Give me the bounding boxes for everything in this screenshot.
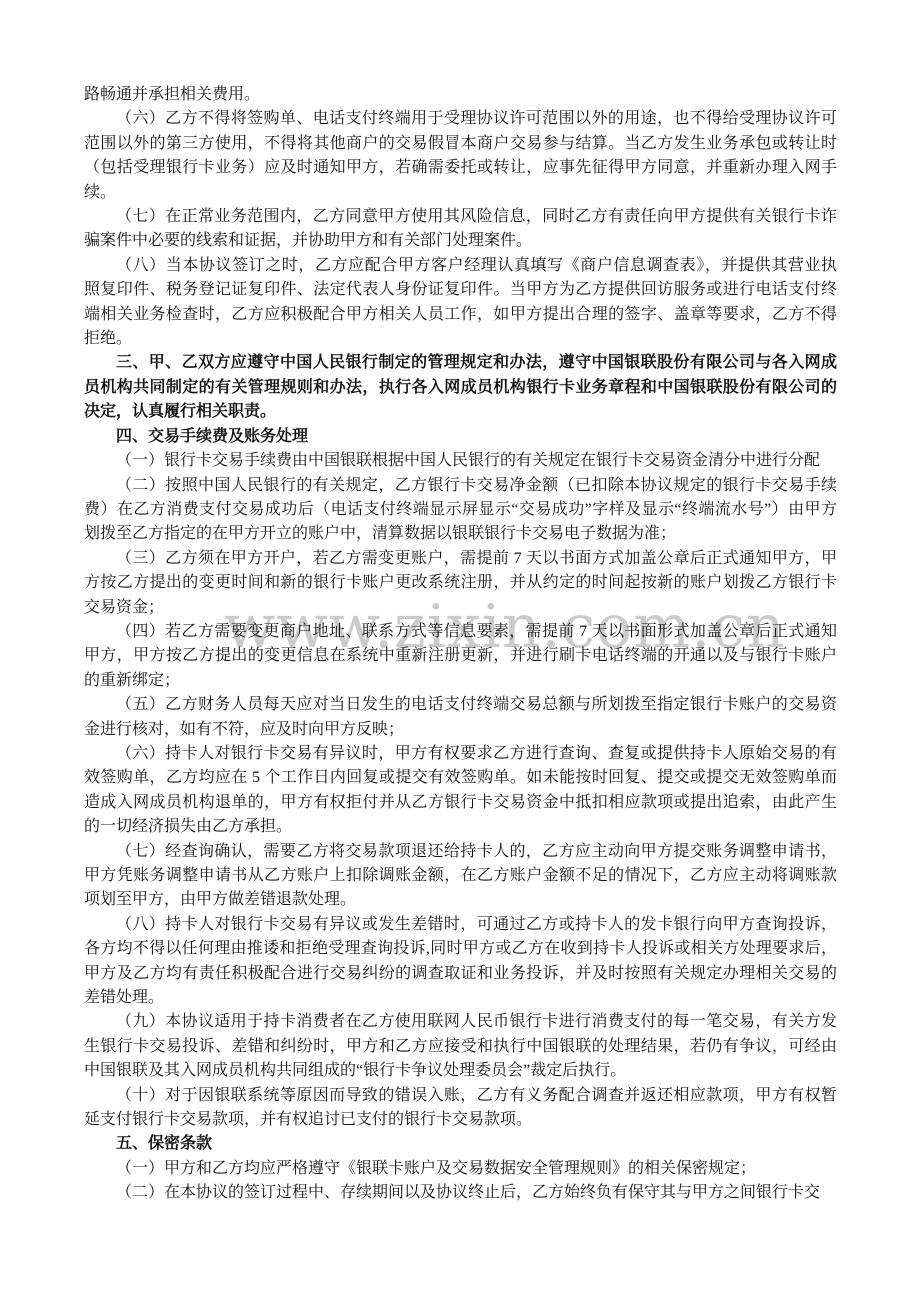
para-clause-4-10: （十）对于因银联系统等原因而导致的错误入账，乙方有义务配合调查并返还相应款项，甲… <box>84 1084 837 1133</box>
para-clause-4-7: （七）经查询确认，需要乙方将交易款项退还给持卡人的，乙方应主动向甲方提交账务调整… <box>84 840 837 913</box>
para-clause-5-1: （一）甲方和乙方均应严格遵守《银联卡账户及交易数据安全管理规则》的相关保密规定； <box>84 1157 837 1181</box>
para-clause-2-6: （六）乙方不得将签购单、电话支付终端用于受理协议许可范围以外的用途，也不得给受理… <box>84 107 837 205</box>
para-clause-4-5: （五）乙方财务人员每天应对当日发生的电话支付终端交易总额与所划拨至指定银行卡账户… <box>84 693 837 742</box>
text-line: （包括受理银行卡业务）应及时通知甲方，若确需委托或转让，应事先征得甲方同意，并重… <box>84 156 837 180</box>
document-page: www.zixin.com.cn 路畅通并承担相关费用。（六）乙方不得将签购单、… <box>0 0 920 1302</box>
text-line: 的一切经济损失由乙方承担。 <box>84 815 837 839</box>
text-line: 员机构共同制定的有关管理规则和办法，执行各入网成员机构银行卡业务章程和中国银联股… <box>84 376 837 400</box>
text-line: 路畅通并承担相关费用。 <box>84 83 837 107</box>
text-line: （六）乙方不得将签购单、电话支付终端用于受理协议许可范围以外的用途，也不得给受理… <box>84 107 837 131</box>
para-clause-4-3: （三）乙方须在甲方开户，若乙方需变更账户，需提前 7 天以书面方式加盖公章后正式… <box>84 547 837 620</box>
text-line: （四）若乙方需要变更商户地址、联系方式等信息要素，需提前 7 天以书面形式加盖公… <box>84 620 837 644</box>
text-line: 费）在乙方消费支付交易成功后（电话支付终端显示屏显示“交易成功”字样及显示“终端… <box>84 498 837 522</box>
text-line: （八）持卡人对银行卡交易有异议或发生差错时，可通过乙方或持卡人的发卡银行向甲方查… <box>84 913 837 937</box>
text-line: （五）乙方财务人员每天应对当日发生的电话支付终端交易总额与所划拨至指定银行卡账户… <box>84 693 837 717</box>
text-line: 续。 <box>84 181 837 205</box>
para-section-4-heading: 四、交易手续费及账务处理 <box>84 425 837 449</box>
para-clause-2-7: （七）在正常业务范围内，乙方同意甲方使用其风险信息，同时乙方有责任向甲方提供有关… <box>84 205 837 254</box>
text-line: 五、保密条款 <box>84 1132 837 1156</box>
text-line: 差错处理。 <box>84 986 837 1010</box>
text-line: （一）银行卡交易手续费由中国银联根据中国人民银行的有关规定在银行卡交易资金清分中… <box>84 449 837 473</box>
text-line: 甲方及乙方均有责任积极配合进行交易纠纷的调查取证和业务投诉，并及时按照有关规定办… <box>84 962 837 986</box>
text-line: （八）当本协议签订之时，乙方应配合甲方客户经理认真填写《商户信息调查表》，并提供… <box>84 254 837 278</box>
text-line: 决定，认真履行相关职责。 <box>84 400 837 424</box>
text-line: 的重新绑定； <box>84 669 837 693</box>
text-line: 中国银联及其入网成员机构共同组成的“银行卡争议处理委员会”裁定后执行。 <box>84 1059 837 1083</box>
text-line: 照复印件、税务登记证复印件、法定代表人身份证复印件。当甲方为乙方提供回访服务或进… <box>84 278 837 302</box>
para-clause-4-4: （四）若乙方需要变更商户地址、联系方式等信息要素，需提前 7 天以书面形式加盖公… <box>84 620 837 693</box>
text-line: （三）乙方须在甲方开户，若乙方需变更账户，需提前 7 天以书面方式加盖公章后正式… <box>84 547 837 571</box>
text-line: 效签购单，乙方均应在 5 个工作日内回复或提交有效签购单。如未能按时回复、提交或… <box>84 766 837 790</box>
para-clause-4-9: （九）本协议适用于持卡消费者在乙方使用联网人民币银行卡进行消费支付的每一笔交易，… <box>84 1010 837 1083</box>
text-line: （七）经查询确认，需要乙方将交易款项退还给持卡人的，乙方应主动向甲方提交账务调整… <box>84 840 837 864</box>
text-line: （十）对于因银联系统等原因而导致的错误入账，乙方有义务配合调查并返还相应款项，甲… <box>84 1084 837 1108</box>
text-line: 划拨至乙方指定的在甲方开立的账户中，清算数据以银联银行卡交易电子数据为准； <box>84 522 837 546</box>
text-line: 三、甲、乙双方应遵守中国人民银行制定的管理规定和办法，遵守中国银联股份有限公司与… <box>84 351 837 375</box>
text-line: （九）本协议适用于持卡消费者在乙方使用联网人民币银行卡进行消费支付的每一笔交易，… <box>84 1010 837 1034</box>
text-line: （二）在本协议的签订过程中、存续期间以及协议终止后，乙方始终负有保守其与甲方之间… <box>84 1181 837 1205</box>
text-line: 范围以外的第三方使用，不得将其他商户的交易假冒本商户交易参与结算。当乙方发生业务… <box>84 132 837 156</box>
text-line: 四、交易手续费及账务处理 <box>84 425 837 449</box>
para-clause-5-2: （二）在本协议的签订过程中、存续期间以及协议终止后，乙方始终负有保守其与甲方之间… <box>84 1181 837 1205</box>
para-section-3: 三、甲、乙双方应遵守中国人民银行制定的管理规定和办法，遵守中国银联股份有限公司与… <box>84 351 837 424</box>
text-line: 项划至甲方，由甲方做差错退款处理。 <box>84 888 837 912</box>
text-line: （七）在正常业务范围内，乙方同意甲方使用其风险信息，同时乙方有责任向甲方提供有关… <box>84 205 837 229</box>
text-line: 拒绝。 <box>84 327 837 351</box>
para-continuation: 路畅通并承担相关费用。 <box>84 83 837 107</box>
text-line: 骗案件中必要的线索和证据，并协助甲方和有关部门处理案件。 <box>84 229 837 253</box>
para-section-5-heading: 五、保密条款 <box>84 1132 837 1156</box>
para-clause-4-6: （六）持卡人对银行卡交易有异议时，甲方有权要求乙方进行查询、查复或提供持卡人原始… <box>84 742 837 840</box>
text-line: 各方均不得以任何理由推诿和拒绝受理查询投诉,同时甲方或乙方在收到持卡人投诉或相关… <box>84 937 837 961</box>
para-clause-4-2: （二）按照中国人民银行的有关规定，乙方银行卡交易净金额（已扣除本协议规定的银行卡… <box>84 474 837 547</box>
text-line: （六）持卡人对银行卡交易有异议时，甲方有权要求乙方进行查询、查复或提供持卡人原始… <box>84 742 837 766</box>
text-line: 造成入网成员机构退单的，甲方有权拒付并从乙方银行卡交易资金中抵扣相应款项或提出追… <box>84 791 837 815</box>
text-line: 甲方，甲方按乙方提出的变更信息在系统中重新注册更新，并进行刷卡电话终端的开通以及… <box>84 644 837 668</box>
para-clause-4-8: （八）持卡人对银行卡交易有异议或发生差错时，可通过乙方或持卡人的发卡银行向甲方查… <box>84 913 837 1011</box>
document-content: 路畅通并承担相关费用。（六）乙方不得将签购单、电话支付终端用于受理协议许可范围以… <box>84 83 837 1206</box>
para-clause-4-1: （一）银行卡交易手续费由中国银联根据中国人民银行的有关规定在银行卡交易资金清分中… <box>84 449 837 473</box>
text-line: 延支付银行卡交易款项，并有权追讨已支付的银行卡交易款项。 <box>84 1108 837 1132</box>
text-line: 端相关业务检查时，乙方应积极配合甲方相关人员工作，如甲方提出合理的签字、盖章等要… <box>84 303 837 327</box>
para-clause-2-8: （八）当本协议签订之时，乙方应配合甲方客户经理认真填写《商户信息调查表》，并提供… <box>84 254 837 352</box>
text-line: （二）按照中国人民银行的有关规定，乙方银行卡交易净金额（已扣除本协议规定的银行卡… <box>84 474 837 498</box>
text-line: （一）甲方和乙方均应严格遵守《银联卡账户及交易数据安全管理规则》的相关保密规定； <box>84 1157 837 1181</box>
text-line: 交易资金； <box>84 596 837 620</box>
text-line: 生银行卡交易投诉、差错和纠纷时，甲方和乙方应接受和执行中国银联的处理结果，若仍有… <box>84 1035 837 1059</box>
text-line: 方按乙方提出的变更时间和新的银行卡账户更改系统注册，并从约定的时间起按新的账户划… <box>84 571 837 595</box>
text-line: 甲方凭账务调整申请书从乙方账户上扣除调账金额，在乙方账户金额不足的情况下，乙方应… <box>84 864 837 888</box>
text-line: 金进行核对，如有不符，应及时向甲方反映； <box>84 718 837 742</box>
